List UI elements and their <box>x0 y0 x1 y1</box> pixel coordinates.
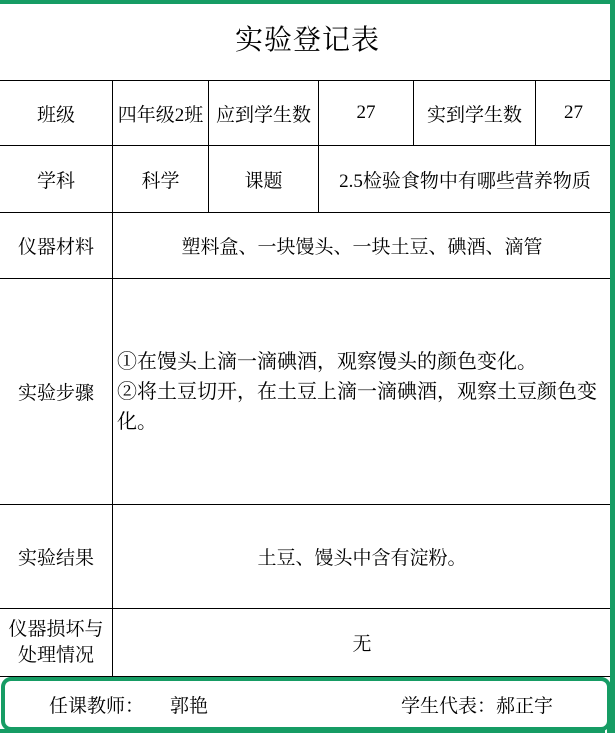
experiment-form-table: 班级 四年级2班 应到学生数 27 实到学生数 27 学科 科学 课题 2.5检… <box>0 80 612 677</box>
selection-frame-right <box>610 0 615 727</box>
steps-value: ①在馒头上滴一滴碘酒，观察馒头的颜色变化。 ②将土豆切开，在土豆上滴一滴碘酒，观… <box>113 279 612 505</box>
damage-value: 无 <box>113 609 612 677</box>
subject-value: 科学 <box>113 146 209 213</box>
topic-label: 课题 <box>209 146 319 213</box>
signature-box: 任课教师： 郭艳 学生代表： 郝正宇 <box>1 677 611 731</box>
actual-students-value: 27 <box>536 81 612 146</box>
table-row: 实验结果 土豆、馒头中含有淀粉。 <box>0 505 612 609</box>
materials-label: 仪器材料 <box>0 213 113 279</box>
steps-label: 实验步骤 <box>0 279 113 505</box>
selection-frame-top <box>0 0 615 4</box>
step-2: ②将土豆切开，在土豆上滴一滴碘酒，观察土豆颜色变化。 <box>117 377 609 437</box>
student-label: 学生代表： <box>401 691 496 718</box>
actual-students-label: 实到学生数 <box>414 81 536 146</box>
form-title: 实验登记表 <box>0 0 615 80</box>
teacher-signature: 任课教师： 郭艳 <box>49 681 208 727</box>
step-1: ①在馒头上滴一滴碘酒，观察馒头的颜色变化。 <box>117 347 609 377</box>
expected-students-label: 应到学生数 <box>209 81 319 146</box>
signature-row: 任课教师： 郭艳 学生代表： 郝正宇 <box>5 681 607 727</box>
table-row: 仪器损坏与 处理情况 无 <box>0 609 612 677</box>
class-label: 班级 <box>0 81 113 146</box>
class-value: 四年级2班 <box>113 81 209 146</box>
student-name: 郝正宇 <box>496 691 553 718</box>
expected-students-value: 27 <box>319 81 414 146</box>
selection-resize-handle[interactable] <box>607 725 615 733</box>
damage-label: 仪器损坏与 处理情况 <box>0 609 113 677</box>
table-row: 班级 四年级2班 应到学生数 27 实到学生数 27 <box>0 81 612 146</box>
materials-value: 塑料盒、一块馒头、一块土豆、碘酒、滴管 <box>113 213 612 279</box>
result-label: 实验结果 <box>0 505 113 609</box>
steps-text-block: ①在馒头上滴一滴碘酒，观察馒头的颜色变化。 ②将土豆切开，在土豆上滴一滴碘酒，观… <box>117 347 609 437</box>
teacher-name: 郭艳 <box>170 691 208 718</box>
topic-value: 2.5检验食物中有哪些营养物质 <box>319 146 612 213</box>
subject-label: 学科 <box>0 146 113 213</box>
result-value: 土豆、馒头中含有淀粉。 <box>113 505 612 609</box>
student-signature: 学生代表： 郝正宇 <box>401 681 553 727</box>
table-row: 实验步骤 ①在馒头上滴一滴碘酒，观察馒头的颜色变化。 ②将土豆切开，在土豆上滴一… <box>0 279 612 505</box>
table-row: 仪器材料 塑料盒、一块馒头、一块土豆、碘酒、滴管 <box>0 213 612 279</box>
selection-frame-bottom <box>0 729 605 733</box>
table-row: 学科 科学 课题 2.5检验食物中有哪些营养物质 <box>0 146 612 213</box>
experiment-registration-form: 实验登记表 班级 四年级2班 应到学生数 27 实到学生数 27 学科 科学 课… <box>0 0 615 733</box>
teacher-label: 任课教师： <box>49 691 144 718</box>
